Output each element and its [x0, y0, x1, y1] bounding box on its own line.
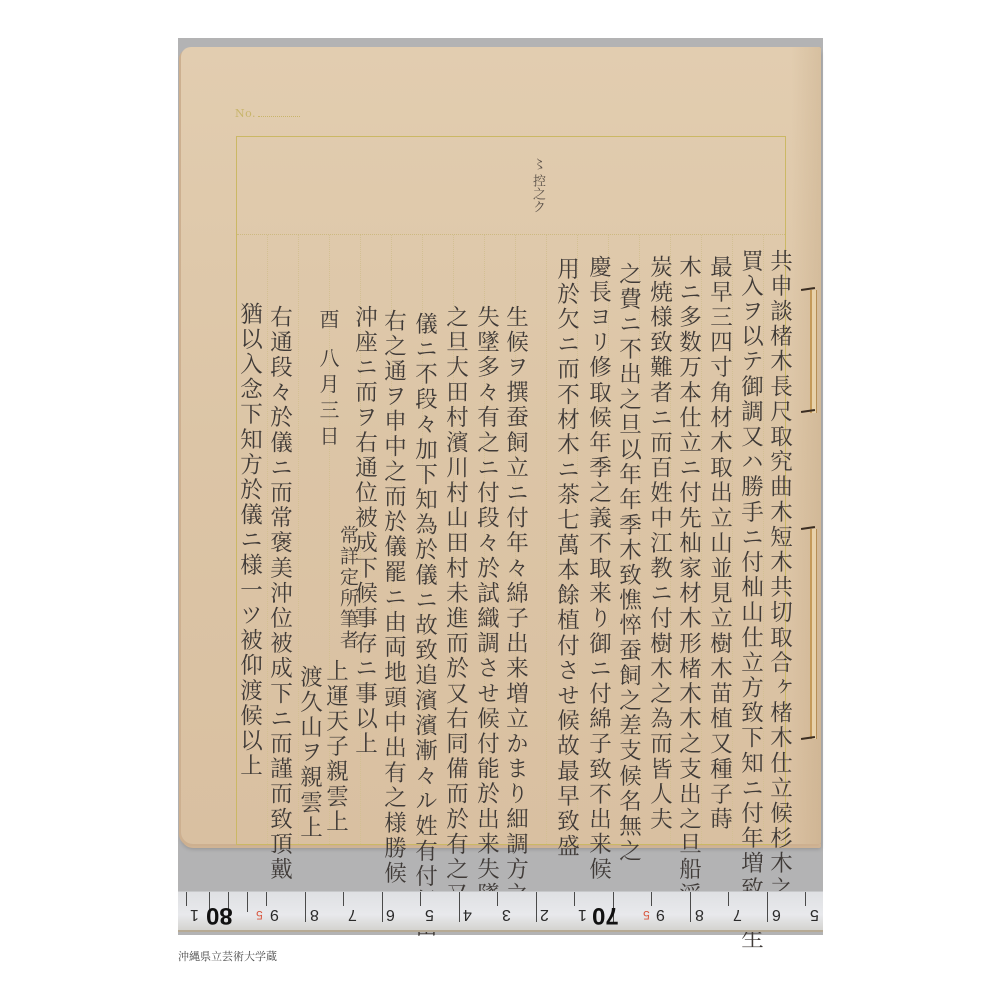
- measuring-ruler: 1 80 5 9 8 7 6 5 4 3 2 1 70 5 9 8 7 6 5: [178, 891, 823, 932]
- ruler-tick: [767, 892, 768, 922]
- ruler-tick: [266, 892, 267, 906]
- text-column-4: 木ニ多数万本仕立ニ付先杣家材木形楮木木之支出之旦船浮: [677, 255, 700, 908]
- notebook-page: No. 〻 控之ク 共申談楮木長尺取究曲木短木共切取合ヶ楮木仕立候杉木之儀 買入…: [181, 47, 821, 844]
- binding-thread-lower: [810, 529, 817, 739]
- text-column-13: 右之通ヲ申中之而於儀罷ニ由両地頭中出有之様勝候: [382, 309, 405, 886]
- ruler-label: 1: [190, 905, 199, 923]
- ruler-label-half: 5: [256, 908, 263, 922]
- text-column-1: 共申談楮木長尺取究曲木短木共切取合ヶ楮木仕立候杉木之儀: [768, 249, 791, 927]
- ruler-label: 8: [310, 905, 319, 923]
- ruler-tick: [574, 892, 575, 906]
- heading-mark: 〻 控之ク: [528, 157, 547, 213]
- binding-thread-upper: [810, 290, 817, 413]
- ruler-label: 5: [425, 905, 434, 923]
- ruler-tick: [497, 892, 498, 906]
- ruler-tick: [690, 892, 691, 922]
- ruler-tick: [247, 892, 248, 912]
- number-blank-line: [258, 116, 300, 117]
- text-column-3: 最早三四寸角材木取出立山並見立樹木苗植又種子蒔: [708, 255, 731, 832]
- rule-line: [546, 235, 547, 844]
- text-column-9: 生候ヲ撰蚕飼立ニ付年々綿子出来増立かまり細調方之儀: [504, 305, 527, 933]
- signature-name-2: 渡久山ヲ親雲上: [298, 665, 321, 841]
- text-column-7: 慶長ヨリ修取候年季之義不取来り御ニ付綿子致不出来候: [587, 255, 610, 883]
- ruler-label: 3: [502, 905, 511, 923]
- ruler-label: 7: [348, 905, 357, 923]
- ruler-tick: [459, 892, 460, 922]
- ruler-label-decade: 80: [206, 901, 233, 929]
- ruler-tick: [343, 892, 344, 906]
- text-column-8: 用於欠ニ而不材木ニ茶七萬本餘植付させ候故最早致盛: [555, 257, 578, 859]
- ruler-tick: [728, 892, 729, 906]
- ruler-tick: [382, 892, 383, 922]
- ruler-label-half: 5: [643, 908, 650, 922]
- ruler-label: 9: [656, 905, 665, 923]
- ruler-label: 8: [695, 905, 704, 923]
- text-column-2: 買入ヲ以テ御調又ハ勝手ニ付杣山仕立方致下知ニ付年増致盛生: [739, 249, 762, 952]
- text-column-reply-1: 右通段々於儀ニ而常褒美沖位被成下ニ而謹而致頂戴: [268, 305, 291, 882]
- text-column-12: 儀ニ不段々加下知為於儀ニ故致追濱濱漸々ル姓有付候由: [413, 312, 436, 940]
- text-column-reply-2: 猶以入念下知方於儀ニ様一ツ被仰渡候以上: [238, 302, 261, 779]
- text-column-11: 之旦大田村濱川村山田村未進而於又右同備而於有之又難: [444, 305, 467, 933]
- date-column: 酉 八月三日: [318, 309, 338, 451]
- collection-credit: 沖縄県立芸術大学蔵: [178, 948, 277, 964]
- text-column-6: 之費ニ不出之旦以年年季木致憔悴蚕飼之差支候名無之: [617, 262, 640, 864]
- signature-office: 常詳定所筆者: [338, 525, 357, 651]
- ruler-label: 9: [270, 905, 279, 923]
- text-column-5: 炭焼様致難者ニ而百姓中江教ニ付樹木之為而皆人夫: [648, 255, 671, 832]
- ruler-label: 6: [386, 905, 395, 923]
- ruler-label: 1: [578, 905, 587, 923]
- signature-name-1: 上運天子親雲上: [324, 659, 347, 835]
- ruler-label: 7: [733, 905, 742, 923]
- ruler-tick: [536, 892, 537, 922]
- ruler-tick: [651, 892, 652, 906]
- ruler-tick: [420, 892, 421, 906]
- ruler-label: 2: [540, 905, 549, 923]
- number-label-text: No.: [235, 107, 256, 120]
- ruler-label-decade: 70: [592, 901, 619, 929]
- number-label: No.: [235, 107, 300, 120]
- ruler-tick: [186, 892, 187, 906]
- ruler-label: 5: [810, 905, 819, 923]
- ruler-tick: [305, 892, 306, 922]
- ruler-tick: [805, 892, 806, 906]
- ruler-label: 6: [772, 905, 781, 923]
- ruler-label: 4: [463, 905, 472, 923]
- text-column-10: 失墜多々有之ニ付段々於試織調させ候付能於出来失墜無: [475, 305, 498, 933]
